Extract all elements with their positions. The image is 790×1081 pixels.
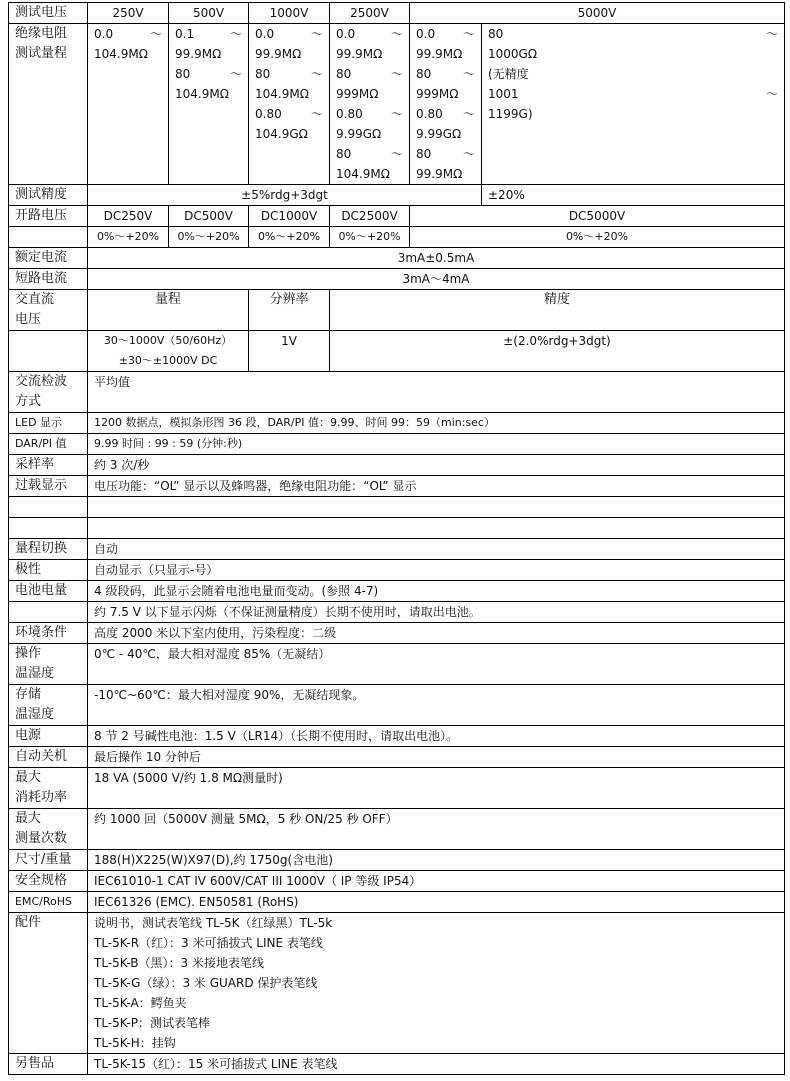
range-line: 0.80～ — [416, 104, 475, 124]
safety-row: 安全规格 IEC61010-1 CAT IV 600V/CAT III 1000… — [9, 871, 785, 892]
spec-table: 测试电压 250V 500V 1000V 2500V 5000V 绝缘电阻 测试… — [8, 2, 785, 1075]
ac-detect-value: 平均值 — [88, 372, 785, 413]
row-label: 最大 消耗功率 — [9, 768, 88, 809]
open-voltage-1000: DC1000V — [249, 206, 330, 227]
accessory-item: TL-5K-H：挂钩 — [94, 1033, 778, 1053]
ac-detect-row: 交流检波 方式 平均值 — [9, 372, 785, 413]
row-label: 安全规格 — [9, 871, 88, 892]
range-line: 99.9MΩ — [416, 164, 475, 184]
row-label: 交流检波 方式 — [9, 372, 88, 413]
range-line: 1000GΩ — [488, 44, 778, 64]
sample-value: 约 3 次/秒 — [88, 455, 785, 476]
overload-value: 电压功能：“OL” 显示以及蜂鸣器，绝缘电阻功能：“OL” 显示 — [88, 476, 785, 497]
accessories-row: 配件 说明书，测试表笔线 TL-5K（红绿黑）TL-5kTL-5K-R（红）：3… — [9, 913, 785, 1054]
range-line: 0.0～ — [336, 24, 403, 44]
store-temp-value: -10℃~60℃：最大相对湿度 90%，无凝结现象。 — [88, 685, 785, 726]
open-voltage-250: DC250V — [88, 206, 169, 227]
rated-current-value: 3mA±0.5mA — [88, 248, 785, 269]
auto-off-row: 自动关机 最后操作 10 分钟后 — [9, 747, 785, 768]
power-row: 电源 8 节 2 号碱性电池：1.5 V（LR14）（长期不使用时，请取出电池）… — [9, 726, 785, 747]
optional-value: TL-5K-15（红）：15 米可插拔式 LINE 表笔线 — [88, 1054, 785, 1075]
tolerance: 0%～+20% — [169, 227, 249, 248]
range-line: 104.9MΩ — [336, 164, 403, 184]
range-switch-row: 量程切换 自动 — [9, 539, 785, 560]
safety-value: IEC61010-1 CAT IV 600V/CAT III 1000V（ IP… — [88, 871, 785, 892]
row-label: 开路电压 — [9, 206, 88, 227]
accessories-list: 说明书，测试表笔线 TL-5K（红绿黑）TL-5kTL-5K-R（红）：3 米可… — [88, 913, 785, 1054]
environment-row: 环境条件 高度 2000 米以下室内使用，污染程度：二级 — [9, 623, 785, 644]
acdc-accuracy-header: 精度 — [330, 290, 785, 331]
range-line: 9.99GΩ — [416, 124, 475, 144]
open-voltage-tolerance-row: 0%～+20% 0%～+20% 0%～+20% 0%～+20% 0%～+20% — [9, 227, 785, 248]
range-line: 104.9MΩ — [255, 84, 323, 104]
range-line: 80～ — [336, 64, 403, 84]
row-label: 电源 — [9, 726, 88, 747]
range-col-250: 0.0～104.9MΩ — [88, 24, 169, 185]
range-line: 99.9MΩ — [416, 44, 475, 64]
row-label: 极性 — [9, 560, 88, 581]
voltage-500: 500V — [169, 3, 249, 24]
tolerance: 0%～+20% — [88, 227, 169, 248]
environment-value: 高度 2000 米以下室内使用，污染程度：二级 — [88, 623, 785, 644]
range-line: 104.9MΩ — [94, 44, 162, 64]
led-row: LED 显示 1200 数据点，模拟条形图 36 段，DAR/PI 值：9.99… — [9, 413, 785, 434]
range-line: 0.0～ — [416, 24, 475, 44]
range-line: 80～ — [255, 64, 323, 84]
range-col-2500: 0.0～99.9MΩ80～999MΩ0.80～9.99GΩ80～104.9MΩ — [330, 24, 410, 185]
sample-row: 采样率 约 3 次/秒 — [9, 455, 785, 476]
row-label: 电池电量 — [9, 581, 88, 602]
led-value: 1200 数据点，模拟条形图 36 段，DAR/PI 值：9.99、时间 99：… — [88, 413, 785, 434]
range-line: 99.9MΩ — [175, 44, 242, 64]
row-label: 交直流 电压 — [9, 290, 88, 331]
row-label: 测试精度 — [9, 185, 88, 206]
row-label: 操作 温湿度 — [9, 644, 88, 685]
range-line: 0.1～ — [175, 24, 242, 44]
row-label: 绝缘电阻 测试量程 — [9, 24, 88, 185]
range-line: 99.9MΩ — [255, 44, 323, 64]
range-line: 999MΩ — [416, 84, 475, 104]
voltage-2500: 2500V — [330, 3, 410, 24]
overload-row: 过载显示 电压功能：“OL” 显示以及蜂鸣器，绝缘电阻功能：“OL” 显示 — [9, 476, 785, 497]
row-label: 测试电压 — [9, 3, 88, 24]
range-line: 99.9MΩ — [336, 44, 403, 64]
range-col-1000: 0.0～99.9MΩ80～104.9MΩ0.80～104.9GΩ — [249, 24, 330, 185]
range-col-5000a: 0.0～99.9MΩ80～999MΩ0.80～9.99GΩ80～99.9MΩ — [410, 24, 482, 185]
open-voltage-500: DC500V — [169, 206, 249, 227]
acdc-accuracy-value: ±(2.0%rdg+3dgt) — [330, 331, 785, 372]
max-power-value: 18 VA (5000 V/约 1.8 MΩ测量时) — [88, 768, 785, 809]
row-label: 环境条件 — [9, 623, 88, 644]
range-line: 0.0～ — [255, 24, 323, 44]
battery-row-2: 约 7.5 V 以下显示闪烁（不保证测量精度）长期不使用时，请取出电池。 — [9, 602, 785, 623]
row-label: 尺寸/重量 — [9, 850, 88, 871]
range-line: 104.9GΩ — [255, 124, 323, 144]
tolerance: 0%～+20% — [410, 227, 785, 248]
row-label: 过载显示 — [9, 476, 88, 497]
range-line: 1199G) — [488, 104, 778, 124]
short-current-value: 3mA～4mA — [88, 269, 785, 290]
store-temp-row: 存储 温湿度 -10℃~60℃：最大相对湿度 90%，无凝结现象。 — [9, 685, 785, 726]
accessory-item: TL-5K-A：鳄鱼夹 — [94, 993, 778, 1013]
accuracy-main: ±5%rdg+3dgt — [88, 185, 482, 206]
polarity-value: 自动显示（只显示-号） — [88, 560, 785, 581]
tolerance: 0%～+20% — [330, 227, 410, 248]
open-voltage-5000: DC5000V — [410, 206, 785, 227]
acdc-resolution-value: 1V — [249, 331, 330, 372]
open-voltage-row: 开路电压 DC250V DC500V DC1000V DC2500V DC500… — [9, 206, 785, 227]
range-line: 80～ — [416, 64, 475, 84]
row-label: 另售品 — [9, 1054, 88, 1075]
acdc-range-value: 30～1000V（50/60Hz） ±30～±1000V DC — [88, 331, 249, 372]
row-label: EMC/RoHS — [9, 892, 88, 913]
row-label: 额定电流 — [9, 248, 88, 269]
range-line: 0.0～ — [94, 24, 162, 44]
range-line: 999MΩ — [336, 84, 403, 104]
row-label: 采样率 — [9, 455, 88, 476]
row-label: 最大 测量次数 — [9, 809, 88, 850]
emc-row: EMC/RoHS IEC61326 (EMC). EN50581 (RoHS) — [9, 892, 785, 913]
max-power-row: 最大 消耗功率 18 VA (5000 V/约 1.8 MΩ测量时) — [9, 768, 785, 809]
range-line: 80～ — [336, 144, 403, 164]
size-row: 尺寸/重量 188(H)X225(W)X97(D),约 1750g(含电池) — [9, 850, 785, 871]
row-label: 存储 温湿度 — [9, 685, 88, 726]
range-line: 0.80～ — [336, 104, 403, 124]
range-line: 1001～ — [488, 84, 778, 104]
range-line: 9.99GΩ — [336, 124, 403, 144]
accuracy-extra: ±20% — [482, 185, 785, 206]
acdc-range-header: 量程 — [88, 290, 249, 331]
auto-off-value: 最后操作 10 分钟后 — [88, 747, 785, 768]
range-switch-value: 自动 — [88, 539, 785, 560]
acdc-resolution-header: 分辨率 — [249, 290, 330, 331]
empty-row — [9, 497, 785, 518]
insulation-range-row: 绝缘电阻 测试量程 0.0～104.9MΩ 0.1～99.9MΩ80～104.9… — [9, 24, 785, 185]
emc-value: IEC61326 (EMC). EN50581 (RoHS) — [88, 892, 785, 913]
max-count-row: 最大 测量次数 约 1000 回（5000V 测量 5MΩ，5 秒 ON/25 … — [9, 809, 785, 850]
row-label: LED 显示 — [9, 413, 88, 434]
accessory-item: TL-5K-G（绿）：3 米 GUARD 保护表笔线 — [94, 973, 778, 993]
row-label: 短路电流 — [9, 269, 88, 290]
acdc-voltage-header-row: 交直流 电压 量程 分辨率 精度 — [9, 290, 785, 331]
test-voltage-row: 测试电压 250V 500V 1000V 2500V 5000V — [9, 3, 785, 24]
battery-row: 电池电量 4 级段码，此显示会随着电池电量而变动。(参照 4-7) — [9, 581, 785, 602]
range-line: 80～ — [416, 144, 475, 164]
range-line: 80～ — [175, 64, 242, 84]
optional-row: 另售品 TL-5K-15（红）：15 米可插拔式 LINE 表笔线 — [9, 1054, 785, 1075]
battery-value-2: 约 7.5 V 以下显示闪烁（不保证测量精度）长期不使用时，请取出电池。 — [88, 602, 785, 623]
voltage-250: 250V — [88, 3, 169, 24]
range-line: 104.9MΩ — [175, 84, 242, 104]
accessory-item: TL-5K-B（黑）：3 米接地表笔线 — [94, 953, 778, 973]
rated-current-row: 额定电流 3mA±0.5mA — [9, 248, 785, 269]
polarity-row: 极性 自动显示（只显示-号） — [9, 560, 785, 581]
voltage-1000: 1000V — [249, 3, 330, 24]
acdc-voltage-value-row: 30～1000V（50/60Hz） ±30～±1000V DC 1V ±(2.0… — [9, 331, 785, 372]
op-temp-value: 0℃ - 40℃，最大相对湿度 85%（无凝结） — [88, 644, 785, 685]
accuracy-row: 测试精度 ±5%rdg+3dgt ±20% — [9, 185, 785, 206]
open-voltage-2500: DC2500V — [330, 206, 410, 227]
voltage-5000: 5000V — [410, 3, 785, 24]
accessory-item: TL-5K-P：测试表笔棒 — [94, 1013, 778, 1033]
short-current-row: 短路电流 3mA～4mA — [9, 269, 785, 290]
darpi-value: 9.99 时间 : 99 : 59 (分钟:秒) — [88, 434, 785, 455]
power-value: 8 节 2 号碱性电池：1.5 V（LR14）（长期不使用时，请取出电池）。 — [88, 726, 785, 747]
row-label: 量程切换 — [9, 539, 88, 560]
max-count-value: 约 1000 回（5000V 测量 5MΩ，5 秒 ON/25 秒 OFF） — [88, 809, 785, 850]
tolerance: 0%～+20% — [249, 227, 330, 248]
range-col-5000b: 80～1000GΩ(无精度1001～1199G) — [482, 24, 785, 185]
range-line: (无精度 — [488, 64, 778, 84]
accessory-item: 说明书，测试表笔线 TL-5K（红绿黑）TL-5k — [94, 913, 778, 933]
darpi-row: DAR/PI 值 9.99 时间 : 99 : 59 (分钟:秒) — [9, 434, 785, 455]
range-line: 0.80～ — [255, 104, 323, 124]
range-line: 80～ — [488, 24, 778, 44]
row-label: 配件 — [9, 913, 88, 1054]
range-col-500: 0.1～99.9MΩ80～104.9MΩ — [169, 24, 249, 185]
size-value: 188(H)X225(W)X97(D),约 1750g(含电池) — [88, 850, 785, 871]
row-label: 自动关机 — [9, 747, 88, 768]
empty-row — [9, 518, 785, 539]
row-label: DAR/PI 值 — [9, 434, 88, 455]
accessory-item: TL-5K-R（红）：3 米可插拔式 LINE 表笔线 — [94, 933, 778, 953]
op-temp-row: 操作 温湿度 0℃ - 40℃，最大相对湿度 85%（无凝结） — [9, 644, 785, 685]
battery-value: 4 级段码，此显示会随着电池电量而变动。(参照 4-7) — [88, 581, 785, 602]
